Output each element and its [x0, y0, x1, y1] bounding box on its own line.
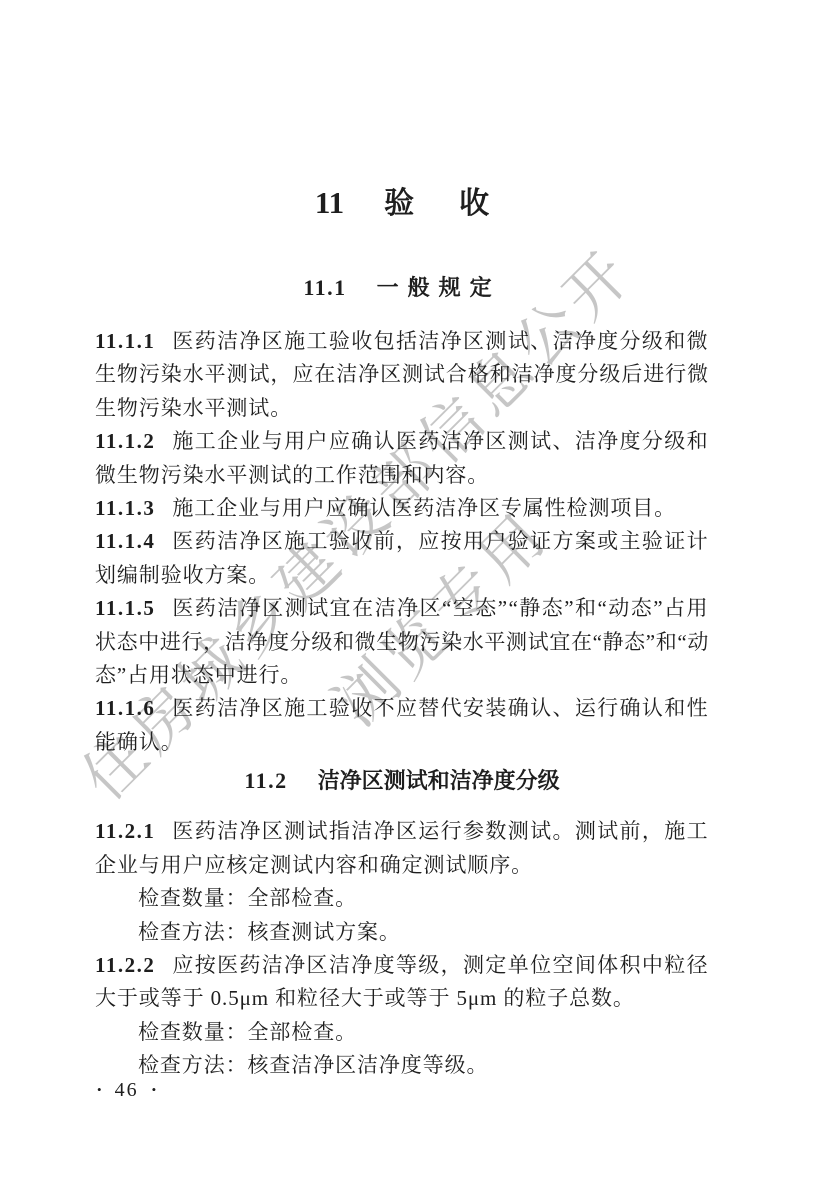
clause-first-line: 11.1.4医药洁净区施工验收前，应按用户验证方案或主验证计 — [95, 525, 709, 558]
chapter-title-char: 收 — [459, 187, 489, 221]
section-heading: 11.1一般规定 — [95, 275, 709, 301]
page-number: • 46 • — [97, 1078, 156, 1102]
section-11.2: 11.2洁净区测试和洁净度分级11.2.1医药洁净区测试指洁净区运行参数测试。测… — [95, 768, 709, 1082]
clause-line-text: 生物污染水平测试，应在洁净区测试合格和洁净度分级后进行微 — [95, 358, 709, 391]
check-line-text: 检查数量：全部检查。 — [138, 1016, 357, 1049]
clause-line-text: 能确认。 — [95, 726, 183, 759]
page-number-value: 46 — [115, 1078, 139, 1102]
page-number-left-dot: • — [97, 1078, 102, 1102]
clause-line: 能确认。 — [95, 726, 709, 759]
document-page: 住房城乡建设部信息公开 浏览专用 11 验收 11.1一般规定11.1.1医药洁… — [0, 0, 827, 1200]
clause-line-text: 医药洁净区施工验收不应替代安装确认、运行确认和性 — [172, 692, 709, 725]
section-heading-number: 11.2 — [244, 768, 287, 794]
check-line: 检查数量：全部检查。 — [95, 1016, 709, 1049]
clause-line-text: 施工企业与用户应确认医药洁净区专属性检测项目。 — [172, 492, 676, 525]
section-heading: 11.2洁净区测试和洁净度分级 — [95, 768, 709, 794]
clause-line-text: 态”占用状态中进行。 — [95, 659, 302, 692]
clause-line: 划编制验收方案。 — [95, 559, 709, 592]
check-line-text: 检查方法：核查测试方案。 — [138, 916, 401, 949]
clause-line-text: 大于或等于 0.5μm 和粒径大于或等于 5μm 的粒子总数。 — [95, 982, 635, 1015]
clause-line-text: 应按医药洁净区洁净度等级，测定单位空间体积中粒径 — [172, 949, 709, 982]
page-number-right-dot: • — [152, 1078, 157, 1102]
chapter-title: 11 验收 — [95, 186, 709, 221]
clause-number: 11.1.2 — [95, 429, 155, 453]
clause-first-line: 11.1.6医药洁净区施工验收不应替代安装确认、运行确认和性 — [95, 692, 709, 725]
clause-line-text: 施工企业与用户应确认医药洁净区测试、洁净度分级和 — [172, 425, 709, 458]
clause-number: 11.2.2 — [95, 953, 155, 977]
section-heading-title: 一般规定 — [377, 275, 501, 301]
clause-first-line: 11.1.2施工企业与用户应确认医药洁净区测试、洁净度分级和 — [95, 425, 709, 458]
clause-line: 状态中进行，洁净度分级和微生物污染水平测试宜在“静态”和“动 — [95, 626, 709, 659]
clause-first-line: 11.1.3施工企业与用户应确认医药洁净区专属性检测项目。 — [95, 492, 709, 525]
clause-line: 生物污染水平测试，应在洁净区测试合格和洁净度分级后进行微 — [95, 358, 709, 391]
clause-line: 态”占用状态中进行。 — [95, 659, 709, 692]
check-line: 检查数量：全部检查。 — [95, 882, 709, 915]
section-heading-title: 洁净区测试和洁净度分级 — [318, 768, 560, 794]
clause-line: 企业与用户应核定测试内容和确定测试顺序。 — [95, 849, 709, 882]
clause-line-text: 企业与用户应核定测试内容和确定测试顺序。 — [95, 849, 533, 882]
chapter-number: 11 — [315, 186, 344, 220]
check-line-text: 检查数量：全部检查。 — [138, 882, 357, 915]
clause-line-text: 微生物污染水平测试的工作范围和内容。 — [95, 459, 489, 492]
clause-number: 11.1.3 — [95, 496, 155, 520]
section-heading-number: 11.1 — [303, 275, 346, 301]
clause-line-text: 生物污染水平测试。 — [95, 392, 292, 425]
clause-line-text: 状态中进行，洁净度分级和微生物污染水平测试宜在“静态”和“动 — [95, 626, 709, 659]
section-11.1: 11.1一般规定11.1.1医药洁净区施工验收包括洁净区测试、洁净度分级和微生物… — [95, 275, 709, 759]
clause-number: 11.1.1 — [95, 329, 155, 353]
clause-number: 11.1.6 — [95, 696, 155, 720]
check-line: 检查方法：核查洁净区洁净度等级。 — [95, 1049, 709, 1082]
clause-line: 生物污染水平测试。 — [95, 392, 709, 425]
clause-first-line: 11.2.1医药洁净区测试指洁净区运行参数测试。测试前，施工 — [95, 815, 709, 848]
clause-line: 大于或等于 0.5μm 和粒径大于或等于 5μm 的粒子总数。 — [95, 982, 709, 1015]
clause-number: 11.1.5 — [95, 596, 155, 620]
clause-line-text: 医药洁净区施工验收包括洁净区测试、洁净度分级和微 — [172, 325, 709, 358]
check-line-text: 检查方法：核查洁净区洁净度等级。 — [138, 1049, 488, 1082]
text-column: 11 验收 11.1一般规定11.1.1医药洁净区施工验收包括洁净区测试、洁净度… — [95, 0, 709, 1083]
clause-line-text: 医药洁净区施工验收前，应按用户验证方案或主验证计 — [172, 525, 709, 558]
clause-line: 微生物污染水平测试的工作范围和内容。 — [95, 459, 709, 492]
check-line: 检查方法：核查测试方案。 — [95, 916, 709, 949]
clause-number: 11.1.4 — [95, 529, 155, 553]
chapter-title-chars: 验收 — [384, 187, 489, 221]
clause-line-text: 划编制验收方案。 — [95, 559, 270, 592]
clause-first-line: 11.2.2应按医药洁净区洁净度等级，测定单位空间体积中粒径 — [95, 949, 709, 982]
clause-first-line: 11.1.1医药洁净区施工验收包括洁净区测试、洁净度分级和微 — [95, 325, 709, 358]
clause-line-text: 医药洁净区测试宜在洁净区“空态”“静态”和“动态”占用 — [172, 592, 709, 625]
clause-first-line: 11.1.5医药洁净区测试宜在洁净区“空态”“静态”和“动态”占用 — [95, 592, 709, 625]
chapter-title-char: 验 — [384, 187, 414, 221]
clause-number: 11.2.1 — [95, 819, 155, 843]
clause-line-text: 医药洁净区测试指洁净区运行参数测试。测试前，施工 — [172, 815, 709, 848]
